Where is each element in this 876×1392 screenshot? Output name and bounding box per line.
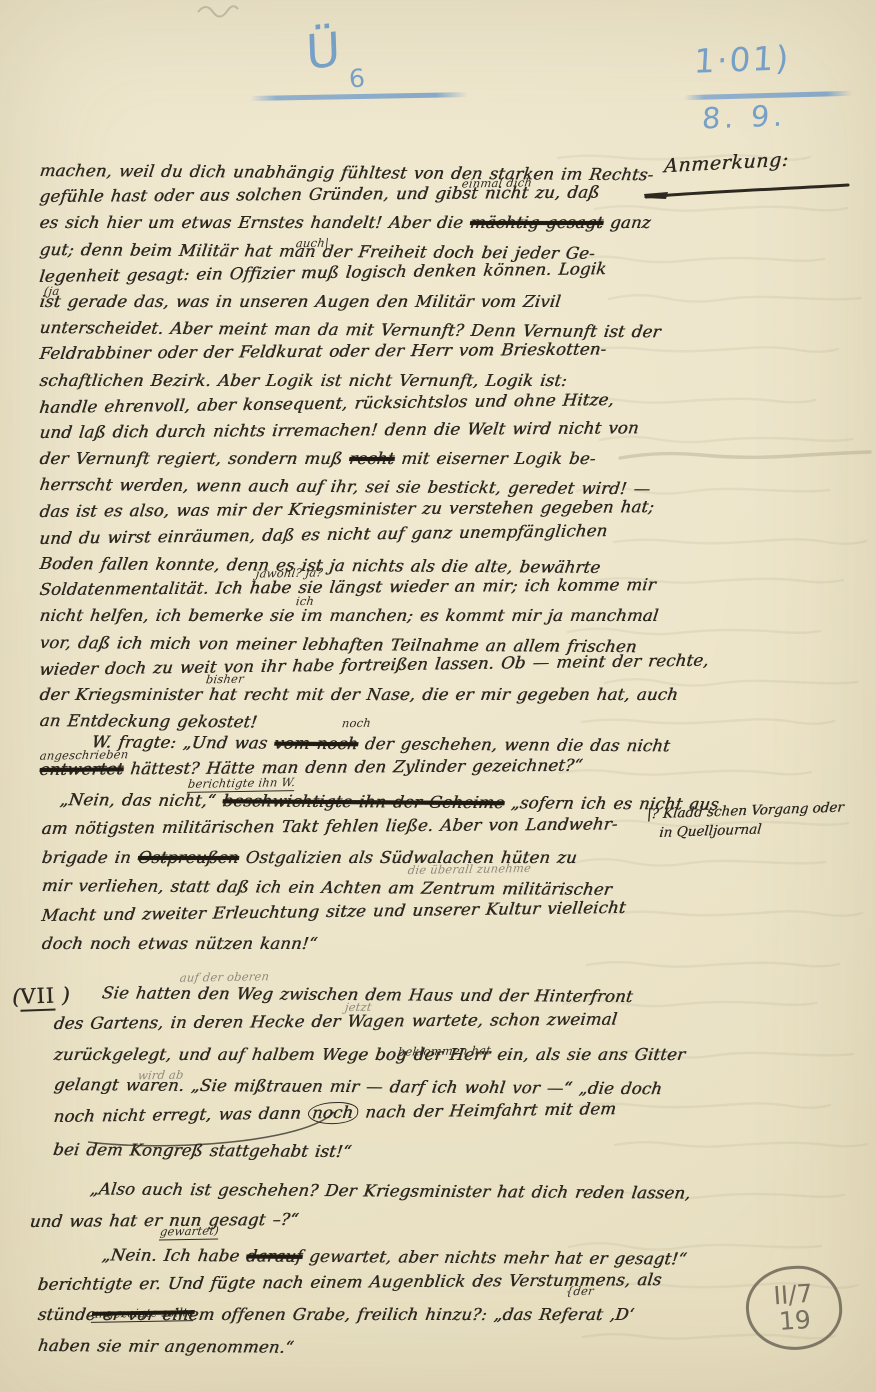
chapter-numeral: VII: [20, 984, 56, 1012]
struck-text: vom noch: [273, 734, 359, 754]
manuscript-line: brigade in Ostpreußen Ostgalizien als Sü…: [40, 844, 654, 873]
paragraph-dialogue: „Also auch ist geschehen? Der Kriegsmini…: [28, 1172, 638, 1238]
struck-text: recht: [348, 449, 395, 468]
blue-center-mark-letter: Ü: [305, 22, 341, 81]
manuscript-line: gefühle hast oder aus solchen Gründen, u…: [38, 179, 652, 210]
struck-text: darauf: [245, 1246, 303, 1265]
paragraph-dialogue: „Nein. Ich habe darauf gewartet, aber ni…: [36, 1240, 646, 1361]
interline-insertion: beklommen hat: [397, 1043, 492, 1059]
manuscript-line: nicht helfen, ich bemerke sie im manchen…: [38, 603, 651, 629]
paragraph-dialogue: „Nein, das nicht,“ beschwichtigte ihn de…: [40, 786, 650, 959]
paragraph-dialogue: W. fragte: „Und was vom noch der gescheh…: [38, 728, 648, 784]
manuscript-line: zurückgelegt, und auf halbem Wege bog de…: [52, 1040, 666, 1071]
stamp-line-2: 19: [778, 1307, 812, 1335]
manuscript-line: berichtigte er. Und fügte nach einem Aug…: [36, 1265, 650, 1300]
interline-insertion: ich: [295, 594, 315, 608]
manuscript-line: der Kriegsminister hat recht mit der Nas…: [38, 682, 651, 708]
interline-insertion-pencil: auf der oberen: [179, 969, 270, 985]
paragraph-main: machen, weil du dich unabhängig fühltest…: [38, 158, 648, 734]
struck-text: beschwichtigte ihn der Geheime: [221, 791, 505, 812]
archive-stamp: II/7 19: [743, 1263, 845, 1353]
graphite-scribble: [198, 6, 238, 16]
manuscript-line: Soldatenmentalität. Ich habe sie längst …: [38, 572, 652, 603]
interline-insertion-pencil: die überall zunehme: [407, 861, 532, 877]
manuscript-line: der Vernunft regiert, sondern muß recht …: [38, 446, 651, 472]
manuscript-line: entwertet hättest? Hätte man denn den Zy…: [38, 751, 652, 784]
interline-insertion: (ja: [43, 284, 60, 298]
blue-underline-center: [250, 92, 468, 101]
manuscript-line: am nötigsten militärischen Takt fehlen l…: [40, 810, 654, 844]
annotation-underline-flourish: [646, 185, 848, 197]
manuscript-page: Ü 6 1·01) 8. 9. Anmerkung: |? Kladd’sche…: [0, 0, 876, 1392]
manuscript-line: ist gerade das, was in unseren Augen den…: [38, 289, 651, 315]
interline-insertion: noch: [341, 716, 372, 731]
interline-insertion: bisher: [205, 672, 245, 687]
interline-insertion-struck: angezeigte sollte: [91, 1305, 196, 1323]
blue-right-mark-bottom: 8. 9.: [701, 98, 787, 135]
verso-smudge-line: [620, 452, 870, 458]
interline-insertion-pencil: jetzt: [344, 1000, 372, 1014]
blue-right-mark-top: 1·01): [693, 38, 791, 80]
manuscript-line: und laß dich durch nichts irremachen! de…: [38, 415, 652, 446]
interline-insertion: jawohl? ja?: [255, 565, 324, 580]
struck-text: mächtig gesagt: [469, 213, 605, 232]
manuscript-line: es sich hier um etwas Ernstes handelt! A…: [38, 210, 651, 236]
blue-center-mark-digit: 6: [348, 63, 366, 93]
interline-insertion: auch|: [295, 236, 330, 251]
annotation-heading: Anmerkung:: [664, 149, 790, 178]
interline-insertion: berichtigte ihn W.: [187, 775, 296, 793]
manuscript-line: Feldrabbiner oder der Feldkurat oder der…: [38, 337, 652, 368]
interline-insertion: einmal dich: [461, 175, 533, 190]
interline-insertion: angeschrieben: [39, 747, 129, 763]
struck-text: Ostpreußen: [137, 848, 240, 867]
interline-insertion-pencil: wird ab: [137, 1068, 184, 1083]
paragraph-chapter-seven-end: bei dem Kongreß stattgehabt ist!“: [52, 1140, 662, 1159]
manuscript-line: haben sie mir angenommen.“: [36, 1331, 649, 1365]
manuscript-line: und was hat er nun gesagt –?“: [28, 1200, 642, 1238]
interline-insertion: gewartet): [159, 1223, 220, 1240]
interline-insertion: {der: [565, 1284, 595, 1298]
manuscript-line: doch noch etwas nützen kann!“: [40, 930, 654, 959]
manuscript-line: bei dem Kongreß stattgehabt ist!“: [52, 1140, 664, 1163]
circled-insertion: noch: [307, 1102, 360, 1125]
